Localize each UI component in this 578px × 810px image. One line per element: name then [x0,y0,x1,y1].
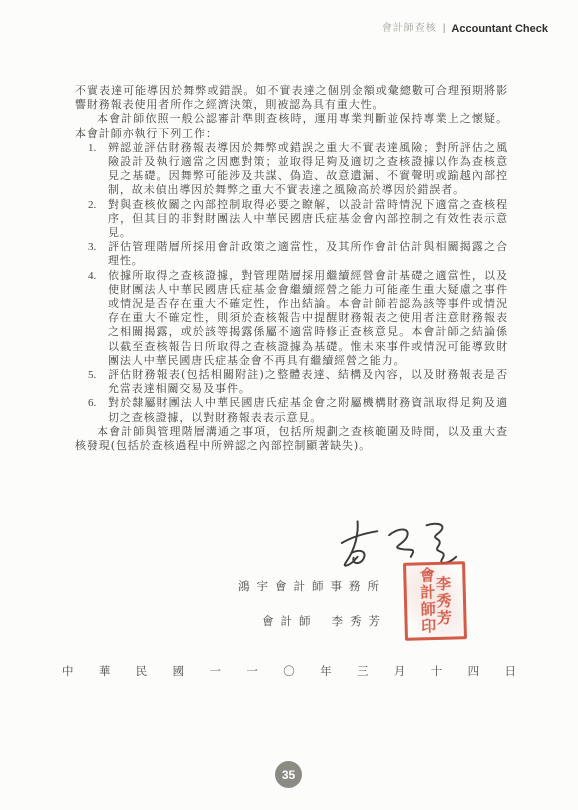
audit-report-page: 會計師查核 | Accountant Check 不實表達可能導因於舞弊或錯誤。… [0,0,578,810]
seal-column-right: 李秀芳 [435,575,451,626]
list-item: 6. 對於隸屬財團法人中華民國唐氏症基金會之附屬機構財務資訊取得足夠及適切之查核… [75,396,508,424]
list-item-text: 依據所取得之查核證據，對管理階層採用繼續經營會計基礎之適當性，以及使財團法人中華… [108,269,508,368]
list-item: 3. 評估管理階層所採用會計政策之適當性，及其所作會計估計與相關揭露之合理性。 [75,240,508,268]
seal-column-left: 會計師印 [419,567,436,635]
date-char: 一 [210,663,222,679]
list-item-number: 1. [88,141,108,198]
audit-procedures-list: 1. 辨認並評估財務報表導因於舞弊或錯誤之重大不實表達風險；對所評估之風險設計及… [75,141,508,425]
list-item-number: 6. [88,396,108,424]
list-item: 2. 對與查核攸關之內部控制取得必要之瞭解，以設計當時情況下適當之查核程序，但其… [75,198,508,241]
header-title-zh: 會計師查核 [382,22,437,36]
cpa-name: 李秀芳 [332,614,388,628]
list-item-text: 對與查核攸關之內部控制取得必要之瞭解，以設計當時情況下適當之查核程序，但其目的非… [108,198,508,241]
list-item: 4. 依據所取得之查核證據，對管理階層採用繼續經營會計基礎之適當性，以及使財團法… [75,269,508,368]
report-body: 不實表達可能導因於舞弊或錯誤。如不實表達之個別金額或彙總數可合理預期將影響財務報… [75,84,508,453]
date-char: 年 [320,663,332,679]
list-item-text: 評估財務報表(包括相關附註)之整體表達、結構及內容，以及財務報表是否允當表達相關… [108,368,508,396]
date-char: 十 [431,663,443,679]
date-char: 〇 [283,663,295,679]
list-item-text: 評估管理階層所採用會計政策之適當性，及其所作會計估計與相關揭露之合理性。 [108,240,508,268]
date-char: 華 [99,663,111,679]
cpa-seal-stamp: 李秀芳 會計師印 [403,561,467,641]
date-char: 一 [246,663,258,679]
list-item: 5. 評估財務報表(包括相關附註)之整體表達、結構及內容，以及財務報表是否允當表… [75,368,508,396]
date-char: 月 [394,663,406,679]
report-date-line: 中華民國一一〇年三月十四日 [62,663,516,679]
list-item-number: 4. [88,269,108,368]
date-char: 民 [136,663,148,679]
date-char: 三 [357,663,369,679]
paragraph-communication: 本會計師與管理階層溝通之事項，包括所規劃之查核範圍及時間，以及重大查核發現(包括… [75,425,508,453]
list-item-number: 2. [88,198,108,241]
header-separator: | [443,22,446,36]
list-item-number: 3. [88,240,108,268]
cpa-name-line: 會計師李秀芳 [262,613,387,629]
cpa-firm-name: 鴻宇會計師事務所 [238,578,386,594]
page-number-badge: 35 [275,761,302,788]
date-char: 中 [62,663,74,679]
paragraph-materiality: 不實表達可能導因於舞弊或錯誤。如不實表達之個別金額或彙總數可合理預期將影響財務報… [75,84,508,112]
list-item-text: 對於隸屬財團法人中華民國唐氏症基金會之附屬機構財務資訊取得足夠及適切之查核證據，… [108,396,508,424]
date-char: 日 [505,663,517,679]
list-item-number: 5. [88,368,108,396]
page-header: 會計師查核 | Accountant Check [382,22,548,36]
list-item-text: 辨認並評估財務報表導因於舞弊或錯誤之重大不實表達風險；對所評估之風險設計及執行適… [108,141,508,198]
paragraph-gaas-intro: 本會計師依照一般公認審計準則查核時，運用專業判斷並保持專業上之懷疑。本會計師亦執… [75,112,508,140]
header-title-en: Accountant Check [451,22,548,36]
list-item: 1. 辨認並評估財務報表導因於舞弊或錯誤之重大不實表達風險；對所評估之風險設計及… [75,141,508,198]
cpa-label: 會計師 [262,614,318,628]
date-char: 國 [173,663,185,679]
date-char: 四 [468,663,480,679]
